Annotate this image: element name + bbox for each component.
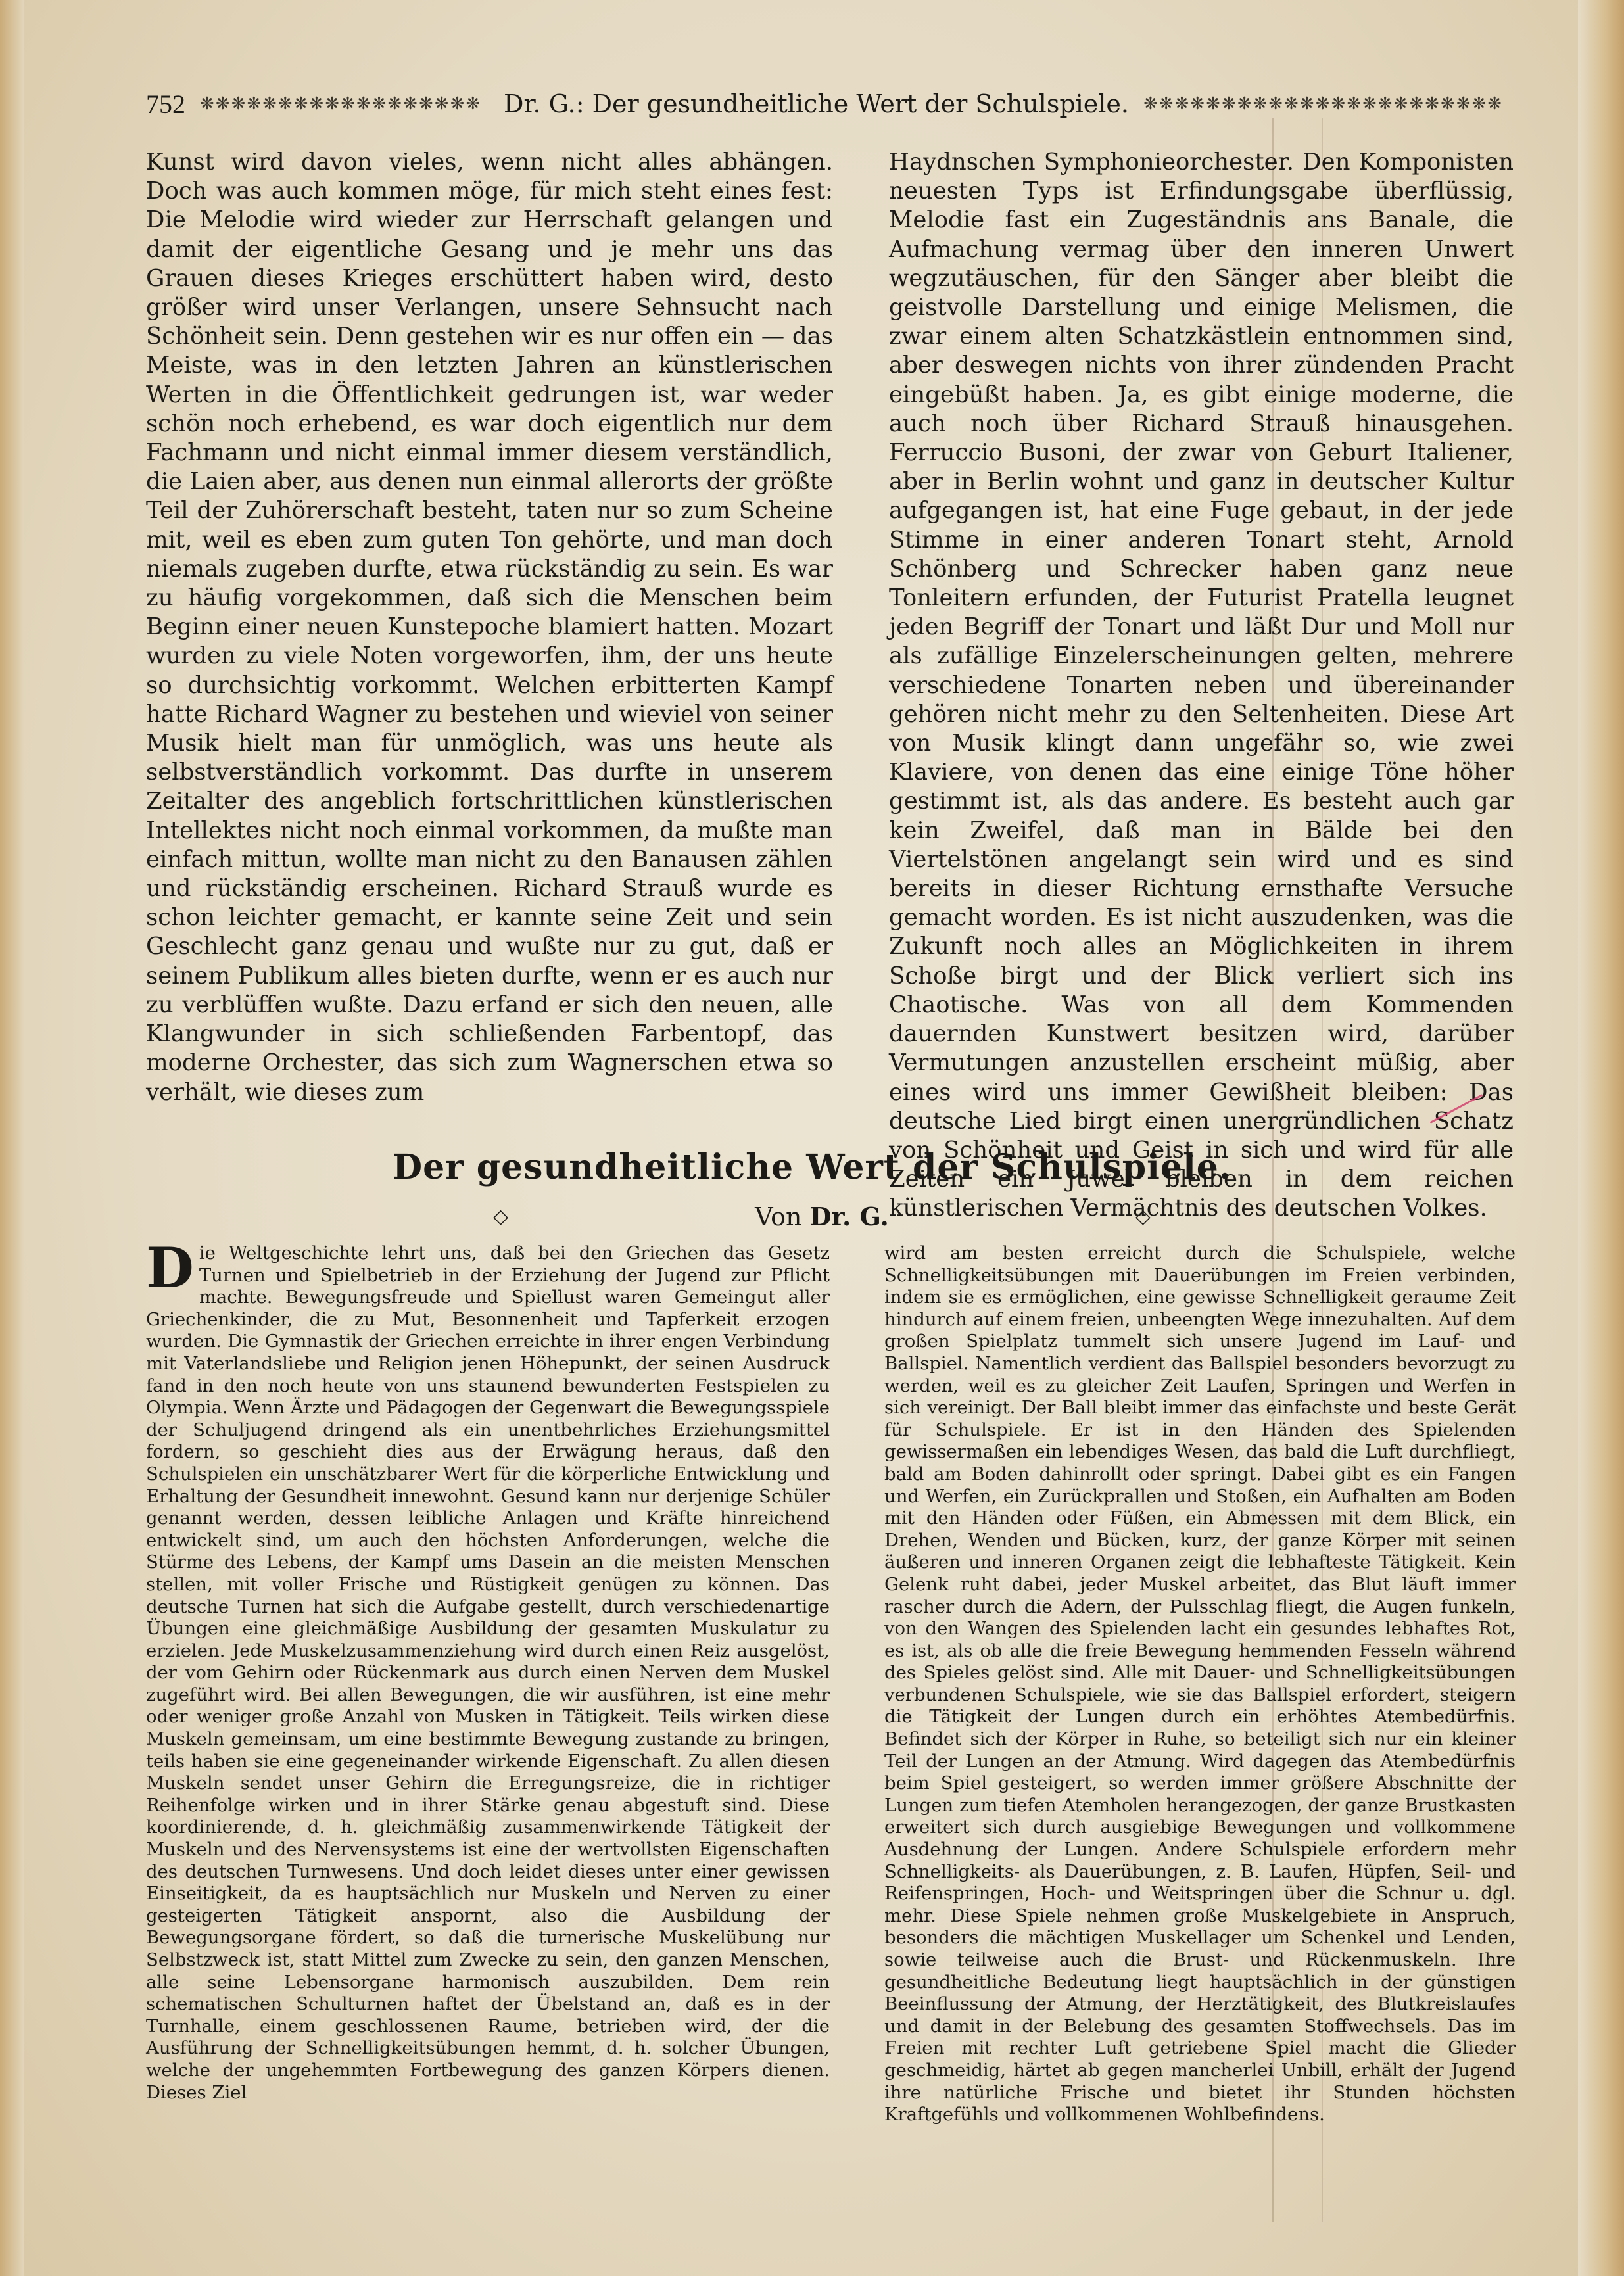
body-text: wird am besten erreicht durch die Schuls… xyxy=(884,1243,1516,2126)
body-text: Kunst wird davon vieles, wenn nicht alle… xyxy=(146,148,833,1107)
ornament-rule-left: ❋❋❋❋❋❋❋❋❋❋❋❋❋❋❋❋❋❋ xyxy=(200,94,489,114)
article-title: Der gesundheitliche Wert der Schulspiele… xyxy=(131,1147,1493,1187)
previous-article-left-column: Kunst wird davon vieles, wenn nicht alle… xyxy=(146,148,833,1107)
author-name: Dr. G. xyxy=(810,1202,889,1231)
drop-cap: D xyxy=(146,1245,194,1291)
paper-edge-right xyxy=(1578,0,1624,2276)
paper-edge-left xyxy=(0,0,24,2276)
previous-article-right-column: Haydnschen Symphonieorchester. Den Kompo… xyxy=(889,148,1514,1223)
page-number: 752 xyxy=(146,89,185,120)
running-head-title: Dr. G.: Der gesundheitliche Wert der Sch… xyxy=(504,89,1129,118)
diamond-ornament-icon: ◇ xyxy=(493,1205,508,1228)
diamond-ornament-icon: ◇ xyxy=(1135,1205,1151,1228)
article-right-column: wird am besten erreicht durch die Schuls… xyxy=(884,1243,1516,2126)
byline-prefix: Von xyxy=(755,1202,801,1231)
ornament-rule-right: ❋❋❋❋❋❋❋❋❋❋❋❋❋❋❋❋❋❋❋❋❋❋❋ xyxy=(1143,94,1527,114)
article-left-column: D ie Weltgeschichte lehrt uns, daß bei d… xyxy=(146,1243,830,2104)
running-head: 752 ❋❋❋❋❋❋❋❋❋❋❋❋❋❋❋❋❋❋ Dr. G.: Der gesun… xyxy=(146,84,1527,124)
body-text: ie Weltgeschichte lehrt uns, daß bei den… xyxy=(146,1243,830,2104)
byline: Von Dr. G. xyxy=(755,1202,889,1231)
byline-row: ◇ Von Dr. G. ◇ xyxy=(493,1198,1151,1235)
page-scan: 752 ❋❋❋❋❋❋❋❋❋❋❋❋❋❋❋❋❋❋ Dr. G.: Der gesun… xyxy=(0,0,1624,2276)
body-text: Haydnschen Symphonieorchester. Den Kompo… xyxy=(889,148,1514,1223)
